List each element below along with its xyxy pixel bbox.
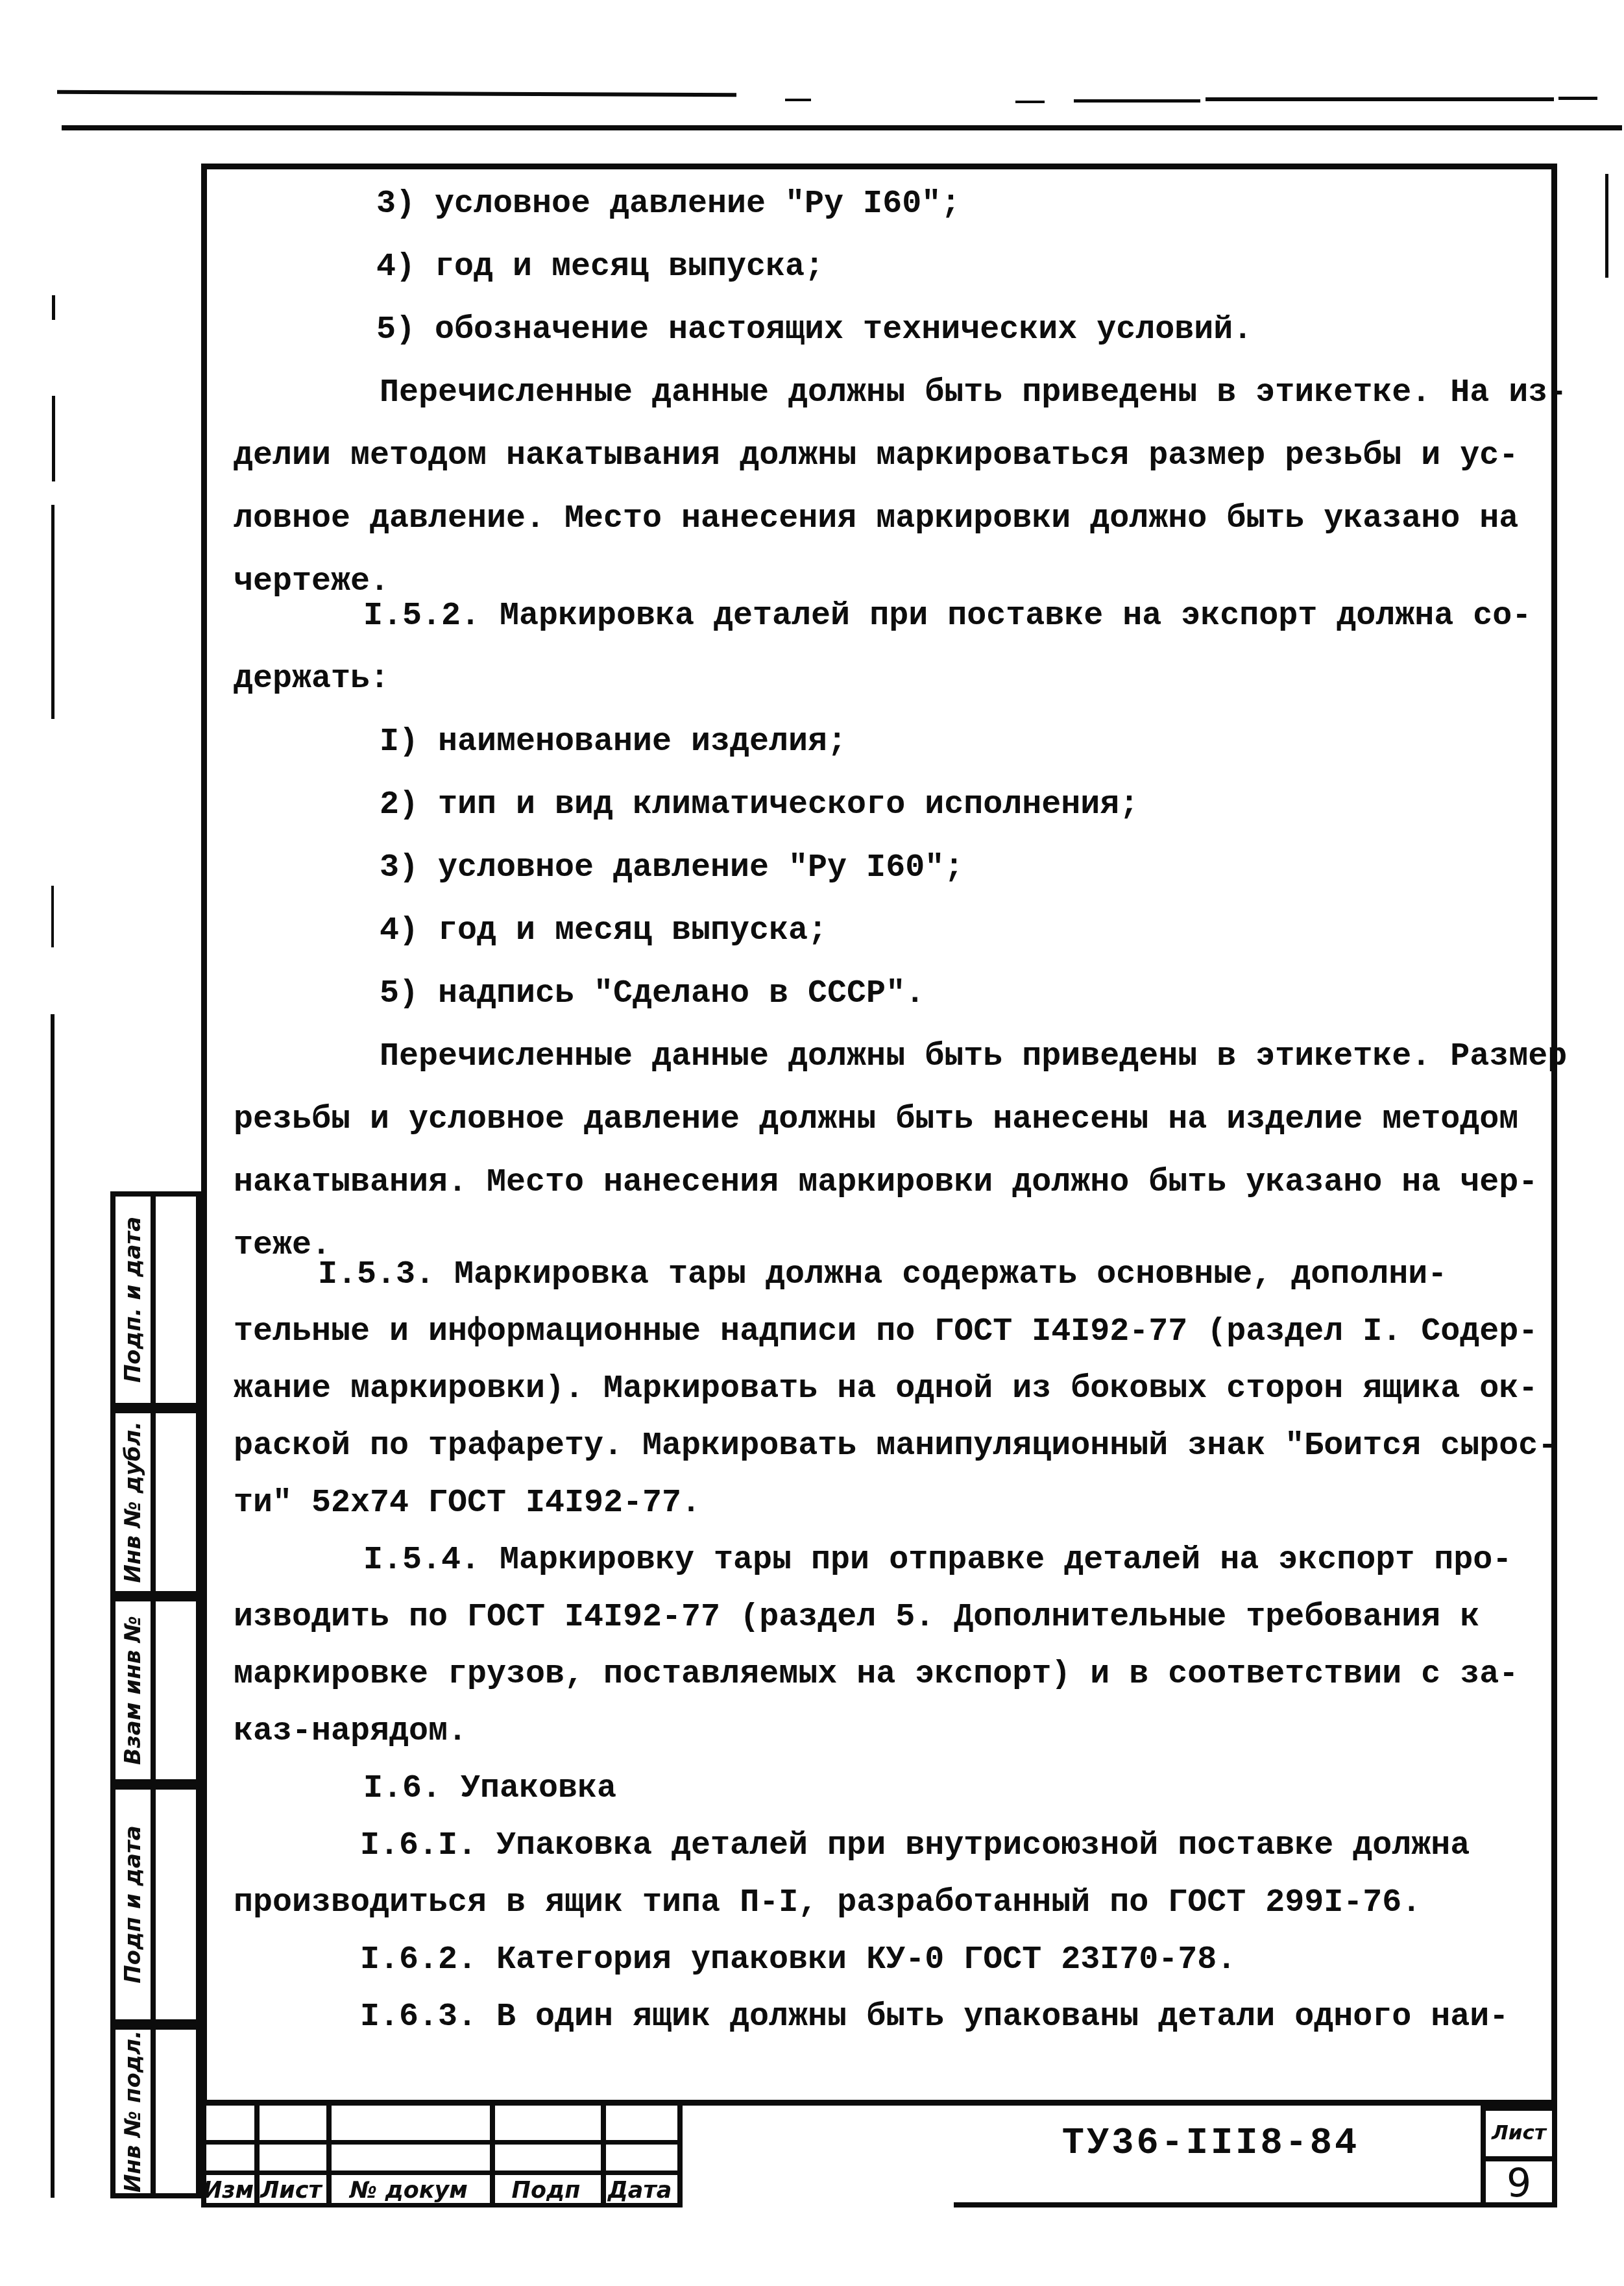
body-line: I.6. Упаковка (363, 1773, 616, 1805)
sidebar-cell: Взам инв № (110, 1596, 201, 1784)
edge-mark (1605, 174, 1608, 278)
body-line: I.5.2. Маркировка деталей при поставке н… (363, 600, 1531, 633)
sidebar-label-wrap: Подп и дата (115, 1790, 151, 2019)
revision-col-header: Изм (202, 2175, 254, 2206)
rule-segment (1558, 97, 1597, 100)
revision-col-header: Дата (602, 2175, 677, 2206)
body-line: жание маркировки). Маркировать на одной … (234, 1373, 1538, 1405)
rule-segment (1015, 101, 1045, 103)
sidebar-cell: Инв № подл. (110, 2025, 201, 2198)
revision-col-header: Подп (491, 2175, 601, 2206)
body-line: каз-нарядом. (234, 1716, 467, 1748)
top-rule (62, 125, 1622, 130)
body-line: 4) год и месяц выпуска; (376, 251, 824, 284)
title-block-line (954, 2202, 1481, 2207)
table-line (677, 2106, 683, 2207)
body-line: I.6.3. В один ящик должны быть упакованы… (360, 2001, 1509, 2034)
body-line: I.6.2. Категория упаковки КУ-0 ГОСТ 23I7… (360, 1944, 1236, 1976)
sidebar-cell-divider (151, 1413, 156, 1591)
sidebar-label: Инв № подл. (120, 2030, 146, 2193)
body-line: ти" 52х74 ГОСТ I4I92-77. (234, 1487, 701, 1520)
edge-mark (52, 295, 55, 320)
scanned-document-page: 3) условное давление "Ру I60"; 4) год и … (0, 0, 1624, 2286)
sheet-number: 9 (1486, 2161, 1552, 2206)
body-line: 5) надпись "Сделано в СССР". (380, 978, 925, 1010)
body-line: I.5.4. Маркировку тары при отправке дета… (363, 1544, 1512, 1577)
sidebar-label: Подп. и дата (120, 1217, 146, 1383)
body-line: резьбы и условное давление должны быть н… (234, 1104, 1518, 1136)
sidebar-label-wrap: Инв № подл. (115, 2030, 151, 2193)
table-line (201, 2170, 683, 2175)
rule-segment (785, 99, 811, 101)
body-line: I) наименование изделия; (380, 726, 847, 759)
revision-col-header: Лист (256, 2175, 326, 2206)
edge-mark (52, 396, 55, 481)
rule-segment (1206, 97, 1554, 101)
sidebar-cell-divider (151, 2030, 156, 2193)
sidebar-label: Инв № дубл. (120, 1421, 146, 1583)
sheet-label: Лист (1486, 2112, 1552, 2154)
rule-segment (57, 90, 736, 97)
body-line: 3) условное давление "Ру I60"; (380, 852, 963, 884)
edge-mark (51, 505, 55, 719)
body-line: Перечисленные данные должны быть приведе… (380, 377, 1567, 409)
rule-segment (1074, 99, 1200, 103)
body-line: чертеже. (234, 566, 389, 598)
body-line: тельные и информационные надписи по ГОСТ… (234, 1316, 1538, 1348)
sidebar-cell: Инв № дубл. (110, 1408, 201, 1596)
body-line: маркировке грузов, поставляемых на экспо… (234, 1659, 1518, 1691)
body-line: производиться в ящик типа П-I, разработа… (234, 1887, 1421, 1919)
body-line: раской по трафарету. Маркировать манипул… (234, 1430, 1557, 1463)
body-line: ловное давление. Место нанесения маркиро… (234, 503, 1518, 535)
sidebar-cell-divider (151, 1197, 156, 1403)
body-line: 2) тип и вид климатического исполнения; (380, 789, 1139, 821)
body-line: 5) обозначение настоящих технических усл… (376, 314, 1252, 347)
body-line: 4) год и месяц выпуска; (380, 915, 827, 947)
body-line: I.6.I. Упаковка деталей при внутрисоюзно… (360, 1830, 1470, 1862)
body-line: держать: (234, 663, 389, 696)
sidebar-cell: Подп. и дата (110, 1191, 201, 1408)
sidebar-label-wrap: Инв № дубл. (115, 1413, 151, 1591)
sidebar-label-wrap: Подп. и дата (115, 1197, 151, 1403)
body-line: теже. (234, 1230, 331, 1262)
sheet-number-box: Лист 9 (1481, 2106, 1557, 2207)
edge-mark (51, 886, 54, 947)
body-line: Перечисленные данные должны быть приведе… (380, 1041, 1567, 1073)
edge-mark (51, 1014, 55, 2198)
sidebar-cell-divider (151, 1790, 156, 2019)
sidebar-label-wrap: Взам инв № (115, 1601, 151, 1779)
body-line: I.5.3. Маркировка тары должна содержать … (318, 1259, 1447, 1291)
sidebar-label: Подп и дата (120, 1825, 146, 1983)
sidebar-cell: Подп и дата (110, 1784, 201, 2025)
sidebar-cell-divider (151, 1601, 156, 1779)
sidebar-label: Взам инв № (120, 1616, 146, 1765)
body-line: накатывания. Место нанесения маркировки … (234, 1167, 1538, 1199)
body-line: 3) условное давление "Ру I60"; (376, 188, 960, 221)
body-line: делии методом накатывания должны маркиро… (234, 440, 1518, 472)
body-line: изводить по ГОСТ I4I92-77 (раздел 5. Доп… (234, 1601, 1479, 1634)
revision-col-header: № докум (328, 2175, 490, 2206)
document-number: ТУ36-III8-84 (941, 2123, 1481, 2165)
table-line (201, 2140, 683, 2145)
